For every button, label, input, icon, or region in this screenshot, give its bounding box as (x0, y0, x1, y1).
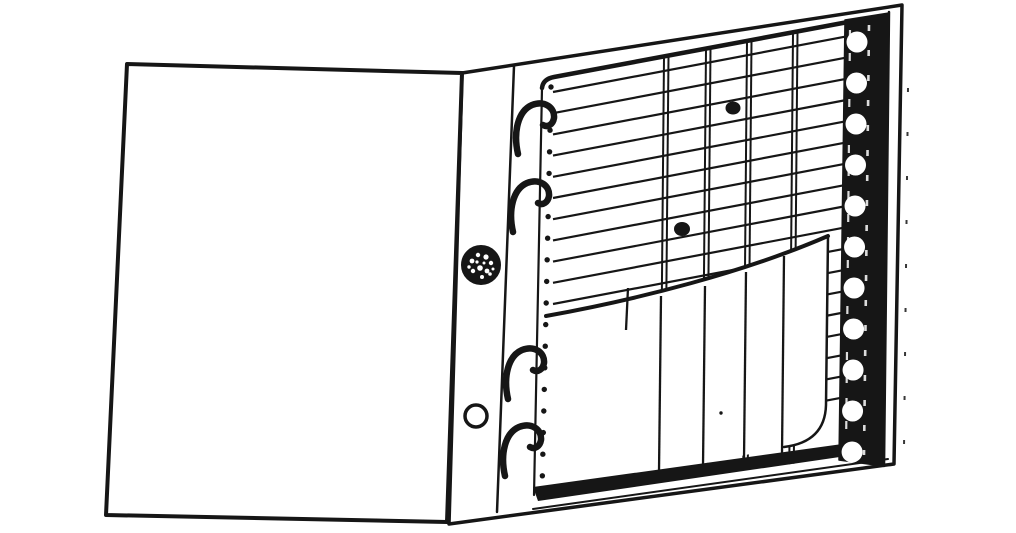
grommet-speckle (470, 259, 475, 264)
grommet-speckle (492, 268, 495, 271)
grommet-speckle (480, 275, 484, 279)
grommet-speckle (477, 265, 483, 271)
perforation-dot (543, 344, 548, 349)
figure: Line-art illustration of an open ring bi… (0, 0, 1016, 533)
perforation-dot (540, 452, 545, 457)
grommet-speckle (488, 272, 492, 276)
tab-scallop (842, 401, 863, 422)
grommet-speckle (483, 262, 486, 265)
thumb-index-tab-band (839, 13, 889, 466)
binder-illustration: Line-art illustration of an open ring bi… (0, 0, 1016, 533)
perforation-dot (542, 387, 547, 392)
grommet-speckle (489, 261, 493, 265)
perforation-dot (548, 84, 553, 89)
snap-dot (726, 102, 741, 115)
perforation-dot (544, 257, 549, 262)
grommet (462, 246, 500, 284)
perforation-dot (545, 236, 550, 241)
grommet-speckle (471, 269, 475, 273)
tab-scallop (842, 442, 863, 463)
grommet-speckle (476, 253, 480, 257)
front-cover (106, 64, 462, 522)
grommet-speckle (485, 269, 490, 274)
perforation-dot (547, 149, 552, 154)
perforation-dot (545, 214, 550, 219)
ink-speck (719, 411, 722, 414)
perforation-dot (543, 322, 548, 327)
perforation-dot (541, 408, 546, 413)
perforation-dot (544, 279, 549, 284)
grommet-speckle (483, 254, 488, 259)
snap-dot (674, 222, 690, 236)
perforation-dot (540, 473, 545, 478)
cover-edge-dashes (904, 88, 908, 448)
perforation-dot (546, 171, 551, 176)
perforation-dot (544, 300, 549, 305)
grommet-speckle (467, 265, 470, 268)
perforation-dot (539, 495, 544, 500)
grommet-speckle (475, 260, 478, 263)
punched-hole (465, 405, 487, 427)
